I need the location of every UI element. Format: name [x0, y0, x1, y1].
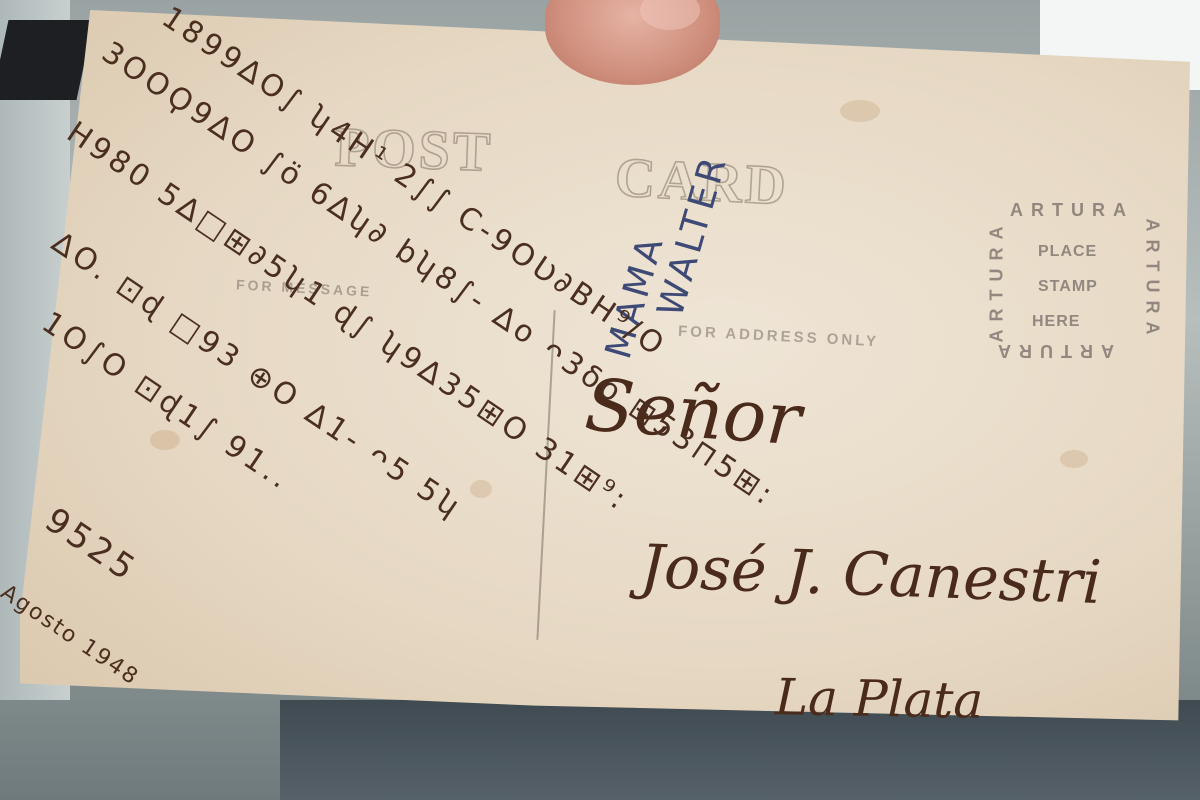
- stamp-ring-right: ARTURA: [1142, 219, 1163, 343]
- stamp-line-stamp: STAMP: [1038, 278, 1098, 296]
- stain: [1060, 450, 1088, 468]
- stamp-ring-top: ARTURA: [1010, 200, 1134, 221]
- stamp-ring-bottom: ARTURA: [990, 340, 1114, 361]
- stain: [840, 100, 880, 122]
- stain: [150, 430, 180, 450]
- stamp-box: ARTURA ARTURA ARTURA ARTURA PLACE STAMP …: [990, 195, 1165, 370]
- stamp-line-place: PLACE: [1038, 243, 1097, 261]
- background-dark-edge: [0, 20, 94, 100]
- address-city: La Plata: [775, 668, 984, 730]
- stamp-ring-left: ARTURA: [987, 219, 1008, 343]
- stain: [470, 480, 492, 498]
- stamp-line-here: HERE: [1032, 313, 1080, 331]
